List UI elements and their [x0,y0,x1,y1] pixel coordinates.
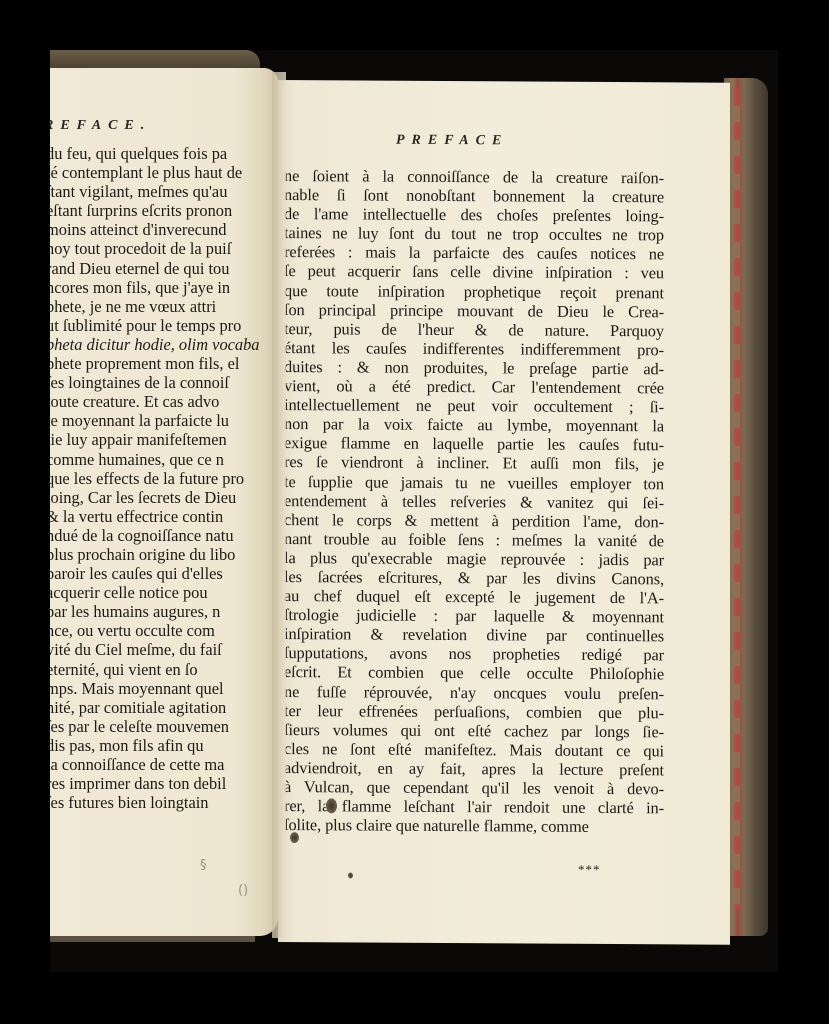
text-line: ſe peut acquerir ſans celle divine inſpi… [284,262,664,283]
text-line: la connoiſſance de cette ma [50,755,278,774]
text-line: rand Dieu eternel de qui tou [50,259,278,278]
text-line: nce, ou vertu occulte com [50,621,278,640]
text-line: eſcrit. Et combien que celle occulte Phi… [284,662,664,683]
right-running-head: PREFACE [396,133,508,150]
text-line: par les humains augures, n [50,602,278,621]
text-line: nité, par comitiale agitation [50,698,278,717]
text-line: ſon principal principe mouvant de Dieu l… [284,300,664,321]
text-line: que toute inſpiration prophetique reçoit… [284,281,664,302]
text-line: ter leur effrenées perſuaſions, combien … [284,701,664,722]
paper-stain: § [200,858,207,873]
text-line: tie luy appair manifeſtemen [50,430,278,449]
text-line: à Vulcan, que cependant qu'il les venoit… [284,777,664,798]
right-page-text: ne ſoient à la connoiſſance de la creatu… [284,166,724,837]
text-line: ſupputations, avons nos propheties redig… [284,643,664,664]
text-line: exigue flamme en laquelle partie les cau… [284,433,664,454]
text-line: de l'ame intellectuelle des choſes preſe… [284,204,664,225]
text-line: moins atteinct d'inverecund [50,220,278,239]
text-line: te moyennant la parfaicte lu [50,411,278,430]
text-line: phete, je ne me vœux attri [50,297,278,316]
left-page-text: du feu, qui quelques fois paté contempla… [50,144,278,812]
text-line: la plus qu'execrable magie reprouvée : j… [284,548,664,569]
text-line: adviendroit, en ay fait, apres la lectur… [284,758,664,779]
text-line: les ſacrées eſcritures, & par les divins… [284,567,664,588]
text-line: inſpiration & revelation divine par cont… [284,624,664,645]
text-line: té contemplant le plus haut de [50,163,278,182]
text-line: ſtrologie judicielle : par laquelle & mo… [284,605,664,626]
text-line: mps. Mais moyennant quel [50,679,278,698]
text-line: toute creature. Et cas advo [50,392,278,411]
right-page: PREFACE ne ſoient à la connoiſſance de l… [278,80,730,945]
text-line: ſes futures bien loingtain [50,793,278,812]
text-line: noy tout procedoit de la puiſ [50,239,278,258]
left-page: REFACE. du feu, qui quelques fois paté c… [50,68,278,936]
worm-hole [290,832,299,843]
book-photograph: PREFACE ne ſoient à la connoiſſance de l… [50,50,778,972]
text-line: étant les cauſes indifferentes indiffere… [284,338,664,359]
text-line: rer, la flamme leſchant l'air rendoit un… [284,796,664,817]
text-line: paroir les cauſes qui d'elles [50,564,278,583]
text-line: referées : mais la parfaicte des cauſes … [284,242,664,263]
text-line: ſtant vigilant, meſmes qu'au [50,182,278,201]
text-line: non par la voix faicte au lymbe, moyenna… [284,414,664,435]
paper-stain: () [238,883,248,898]
text-line: dis pas, mon fils afin qu [50,736,278,755]
text-line: acquerir celle notice pou [50,583,278,602]
worm-hole [348,872,353,878]
left-cover-board [50,50,260,70]
text-line: ndué de la cognoiſſance natu [50,526,278,545]
text-line: taines ne luy ſont du tout ne trop occul… [284,223,664,244]
text-line: ncores mon fils, que j'aye in [50,278,278,297]
gutter [272,72,286,938]
text-line: chent le corps & mettent à perdition l'a… [284,510,664,531]
text-line: vité du Ciel meſme, du faiſ [50,640,278,659]
text-line: duites : & non produites, le preſage par… [284,357,664,378]
text-line: teur, puis de l'heur & de nature. Parquo… [284,319,664,340]
text-line: comme humaines, que ce n [50,450,278,469]
text-line: ſes par le celeſte mouvemen [50,717,278,736]
left-running-head: REFACE. [50,118,151,134]
text-line: intellectuellement ne peut voir occultem… [284,395,664,416]
text-line: te ſupplie que jamais tu ne vueilles emp… [284,472,664,493]
text-line: plus prochain origine du libo [50,545,278,564]
text-line: ne fuſſe réprouvée, n'ay oncques voulu p… [284,682,664,703]
signature-mark: *** [578,862,601,878]
text-line: eternité, qui vient en ſo [50,660,278,679]
text-line: entendement à telles reſveries & vanitez… [284,491,664,512]
text-line: au chef duquel eſt excepté le jugement d… [284,586,664,607]
text-line: ſes loingtaines de la connoiſ [50,373,278,392]
text-line: res ſe viendront à incliner. Et auſſi mo… [284,452,664,473]
text-line: cles ne ſont eſté manifeſtez. Mais douta… [284,739,664,760]
text-line: ſolite, plus claire que naturelle flamme… [284,815,664,836]
text-line: ſieurs volumes qui ont eſté cachez par l… [284,720,664,741]
text-line: du feu, qui quelques fois pa [50,144,278,163]
text-line: res imprimer dans ton debil [50,774,278,793]
worm-hole [326,798,337,813]
text-line: nant trouble au foible ſens : meſmes la … [284,529,664,550]
text-line: & la vertu effectrice contin [50,507,278,526]
text-line: phete proprement mon fils, el [50,354,278,373]
text-line: loing, Car les ſecrets de Dieu [50,488,278,507]
text-line: que les effects de la future pro [50,469,278,488]
text-line: nable ſi ſont nonobſtant bonnement la cr… [284,185,664,206]
text-line: vient, où a été predict. Car l'entendeme… [284,376,664,397]
right-cover-fore-edge [724,78,768,936]
text-line: eſtant ſurprins eſcrits pronon [50,201,278,220]
text-line: pheta dicitur hodie, olim vocaba [50,335,278,354]
text-line: ne ſoient à la connoiſſance de la creatu… [284,166,664,187]
text-line: ut ſublimité pour le temps pro [50,316,278,335]
